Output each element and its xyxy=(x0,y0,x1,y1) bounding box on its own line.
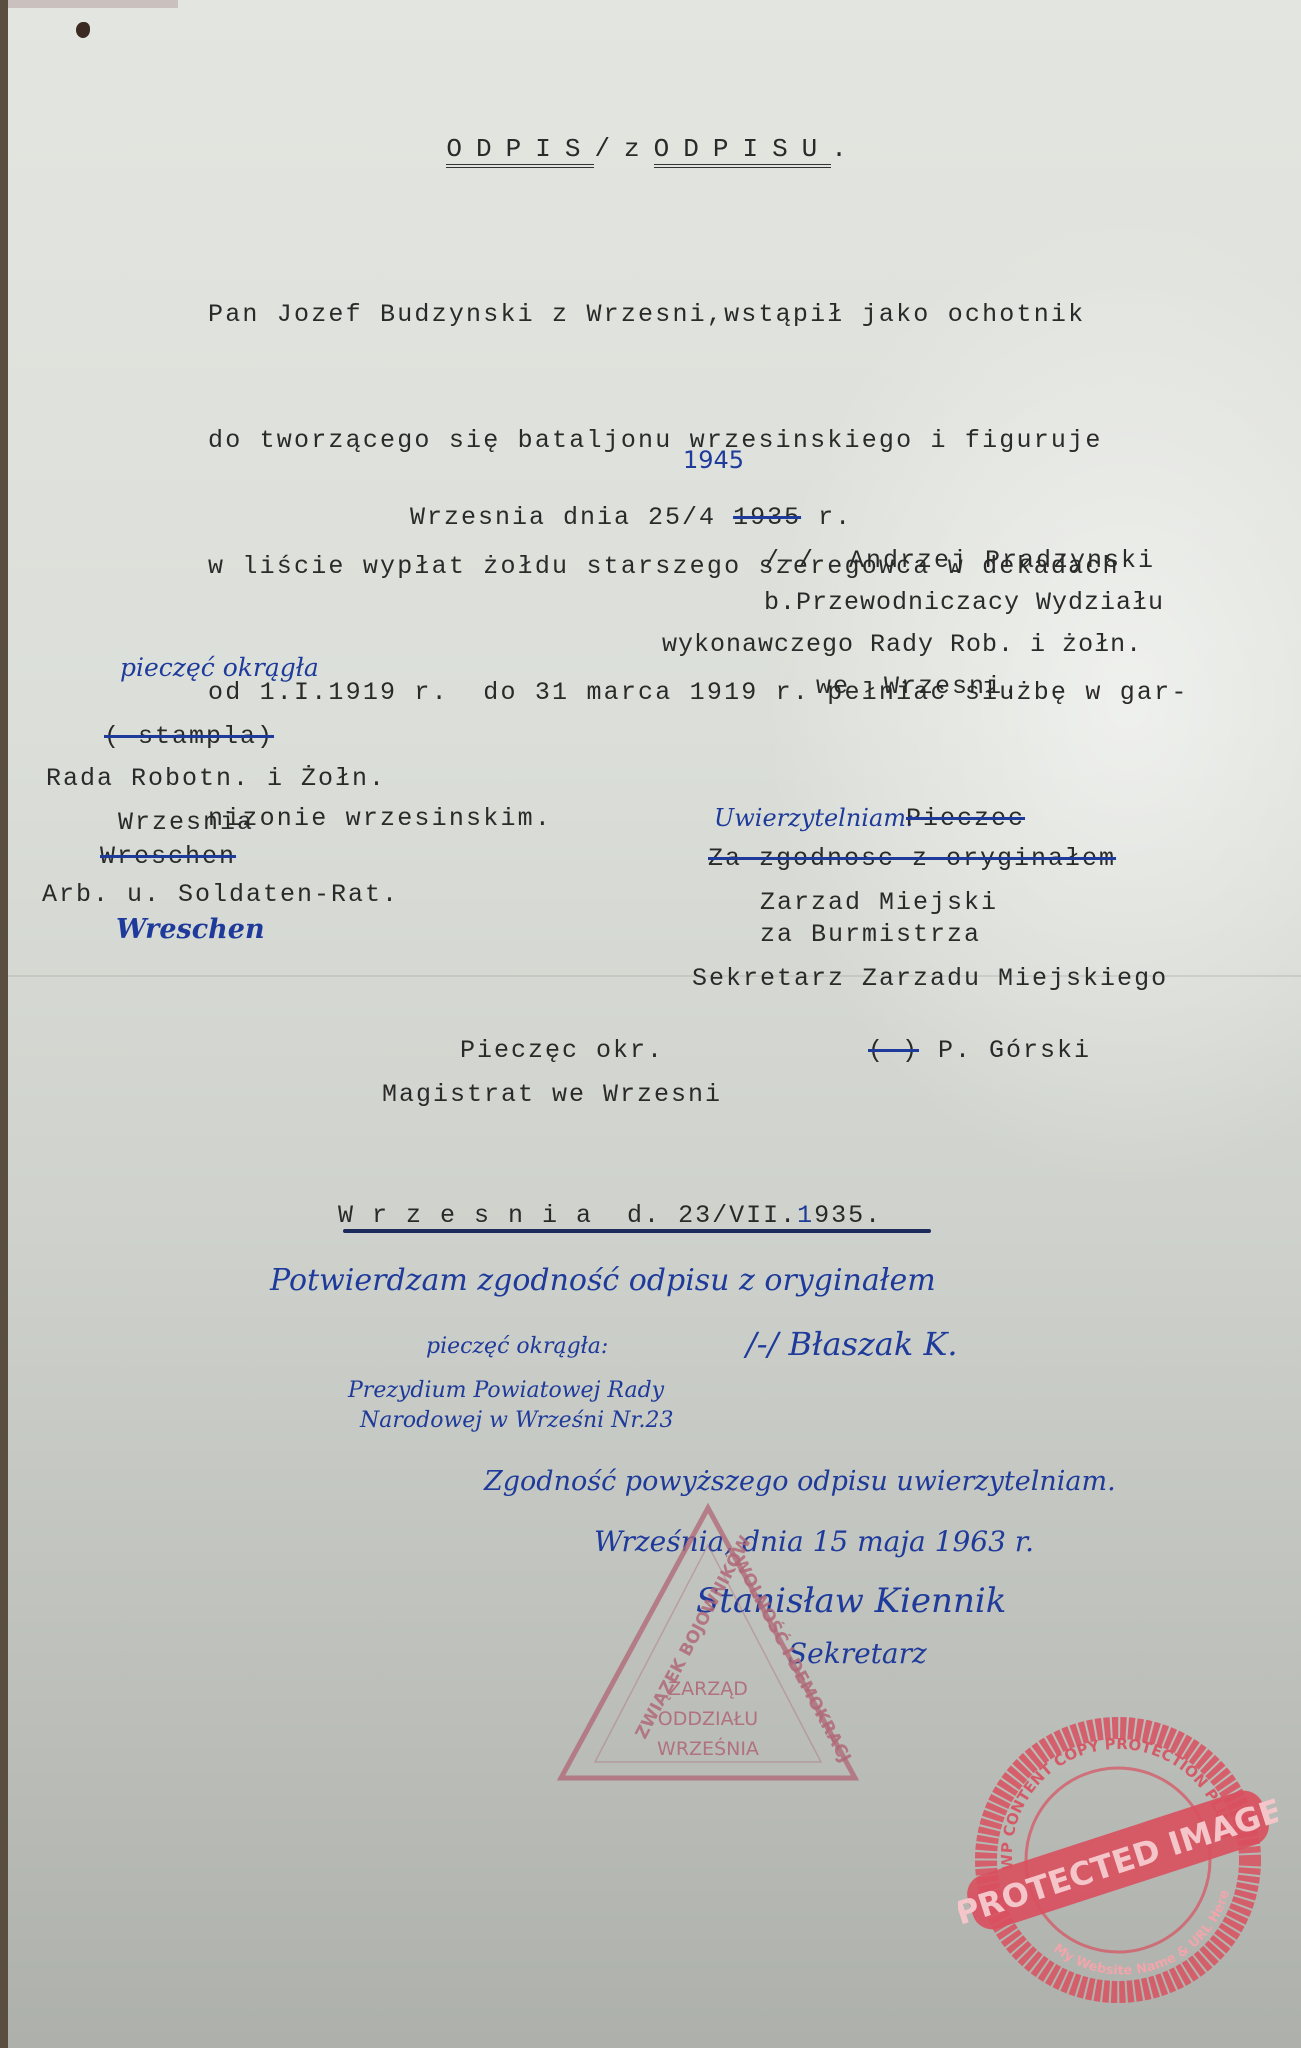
body-line: nizonie wrzesinskim. xyxy=(208,798,1189,840)
signatory-line: b.Przewodniczacy Wydziału xyxy=(764,590,1164,615)
body-line: Pan Jozef Budzynski z Wrzesni,wstąpił ja… xyxy=(208,294,1189,336)
struck-signature-mark: (-) xyxy=(868,1038,919,1063)
svg-text:WOLNOŚĆ I DEMOKRACJ: WOLNOŚĆ I DEMOKRACJ xyxy=(729,1552,857,1766)
svg-text:ODDZIAŁU: ODDZIAŁU xyxy=(658,1708,758,1730)
handwritten-seal-text: Prezydium Powiatowej Rady xyxy=(348,1380,664,1402)
handwritten-certify-line: Zgodność powyższego odpisu uwierzytelnia… xyxy=(484,1468,1116,1495)
handwritten-uwierzytelniam: Uwierzytelniam: xyxy=(714,806,914,830)
title-slash: / xyxy=(594,134,624,164)
ink-divider-line xyxy=(343,1229,931,1233)
second-date-line: W r z e s n i a d. 23/VII.1935. xyxy=(270,1178,882,1253)
handwritten-seal-text: Narodowej w Wrześni Nr.23 xyxy=(360,1410,674,1432)
body-line: od 1.I.1919 r. do 31 marca 1919 r. pełni… xyxy=(208,672,1189,714)
handwritten-year: 1945 xyxy=(683,448,744,472)
document-page: ODPIS/zODPISU. Pan Jozef Budzynski z Wrz… xyxy=(8,0,1301,2048)
watermark-stamp-icon: WP CONTENT COPY PROTECTION PLUGIN PROTEC… xyxy=(958,1710,1278,2010)
date-year-struck: 1935 xyxy=(733,503,801,532)
cert-line: Zarzad Miejski xyxy=(760,890,998,915)
title-z: z xyxy=(624,134,654,164)
handwritten-wreschen: Wreschen xyxy=(116,916,265,943)
title-left: ODPIS xyxy=(446,134,594,168)
triangle-stamp-icon: ZWIĄZEK BOJOWNIKÓW WOLNOŚĆ I DEMOKRACJ Z… xyxy=(553,1500,863,1785)
magistrat-line: Pieczęc okr. xyxy=(460,1038,664,1063)
seal-line: Rada Robotn. i Żołn. xyxy=(46,766,386,791)
struck-stampla: ( stampla) xyxy=(104,724,274,749)
date-suffix: r. xyxy=(801,503,852,532)
protected-image-watermark: WP CONTENT COPY PROTECTION PLUGIN PROTEC… xyxy=(958,1710,1278,2010)
handwritten-signature-blaszak: /-/ Błaszak K. xyxy=(746,1328,958,1360)
second-date-text: W r z e s n i a d. 23/VII. xyxy=(338,1201,797,1230)
svg-text:WRZEŚNIA: WRZEŚNIA xyxy=(657,1736,759,1760)
title-right: ODPISU xyxy=(654,134,832,168)
date-line: Wrzesnia dnia 25/4 1935 r. xyxy=(342,480,852,555)
svg-text:ZARZĄD: ZARZĄD xyxy=(668,1678,748,1700)
handwritten-confirm-line: Potwierdzam zgodność odpisu z oryginałem xyxy=(270,1266,936,1296)
struck-pieczec: Pieczec xyxy=(906,806,1025,831)
paper-tear xyxy=(8,0,178,8)
handwritten-seal-note: pieczęć okrągła xyxy=(120,655,319,680)
second-date-hand-digit: 1 xyxy=(797,1201,814,1230)
magistrat-line: Magistrat we Wrzesni xyxy=(382,1082,722,1107)
seal-line: Wrzesnia xyxy=(118,810,254,835)
document-title: ODPIS/zODPISU. xyxy=(328,110,861,188)
signatory-line: we Wrzesni. xyxy=(816,674,1020,699)
cert-line: za Burmistrza xyxy=(760,922,981,947)
second-date-year: 935. xyxy=(814,1201,882,1230)
triangle-stamp: ZWIĄZEK BOJOWNIKÓW WOLNOŚĆ I DEMOKRACJ Z… xyxy=(553,1500,863,1785)
seal-line: Arb. u. Soldaten-Rat. xyxy=(42,882,399,907)
signatory-line: /-/ Andrzej Pradzynski xyxy=(764,548,1155,573)
cert-line: Sekretarz Zarzadu Miejskiego xyxy=(692,966,1168,991)
paper-stain xyxy=(76,22,90,38)
struck-za-zgodnosc: Za zgodnosc z oryginałem xyxy=(708,846,1116,871)
signatory-line: wykonawczego Rady Rob. i żołn. xyxy=(662,632,1142,657)
date-prefix: Wrzesnia dnia 25/4 xyxy=(410,503,733,532)
magistrat-signature: P. Górski xyxy=(938,1038,1091,1063)
handwritten-seal-note-2: pieczęć okrągła: xyxy=(426,1336,608,1358)
struck-wreschen: Wreschen xyxy=(100,844,236,869)
